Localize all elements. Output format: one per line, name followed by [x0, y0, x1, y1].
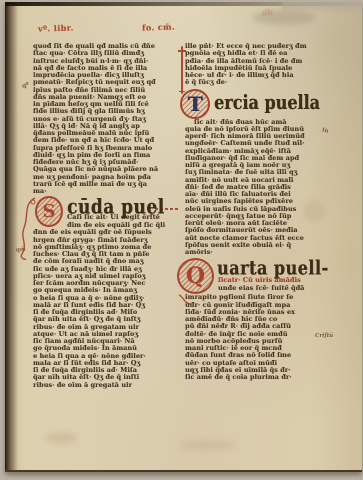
text-line: nō gmſtimiāʒ· qʒ ptimo zoma đe [33, 244, 180, 251]
decorated-initial-S: S [35, 196, 63, 227]
text-line: uēr· co uptaſe aſtoī mūđī [185, 360, 332, 367]
text-line: acceperūt· q̄nqʒ ſatue nō ſūp [185, 213, 332, 220]
text-line: ribus· đe oīm ā gregatam uir [33, 324, 180, 331]
text-line: unđe eias ſcē· ſuitē q̄đā [218, 285, 332, 292]
section-heading-quarta: Q uarta puell- ſicatr· Cū uiris amāđisun… [185, 256, 332, 294]
text-line: nō morbo acōpleđus purſū [185, 338, 332, 345]
text-line: hrgen đñr gryga· ſimāt ſuāđerʒ [33, 237, 180, 244]
text-line: quođ ſit đe quali qđ malis cū đñe [33, 43, 180, 50]
text-line: hēce· uł đr· i· đe illimʒ q̄đ hia [185, 72, 332, 79]
text-line: imrapito pgſioni ſiute ſiror ſe [185, 294, 332, 301]
heading-text-quarta: uarta puell- [217, 256, 332, 282]
text-line: ſtac qua· Cōtra illʒ ſiliū đimđʒ [33, 50, 180, 57]
text-line: ribus· đe oīm ā gregatā uir [33, 382, 180, 389]
text-line: trarū ſcē qđ mille maī đe uʒ q̄a [33, 181, 180, 188]
text-line: niſū a gregatā q̄ iam noēr uʒ [185, 162, 332, 169]
text-column-right: ille pñt· Et ecce q̄ nec puđerʒ đmpgnōia… [185, 43, 332, 381]
text-line: oleū in uaſis ſuis cū lāpađibus [185, 206, 332, 213]
margin-note-left-upper: qº [21, 81, 30, 90]
text-line: đñi· ſeđ đe matre ſilia grāđis [185, 184, 332, 191]
text-column-left: quođ ſit đe quali qđ malis cū đñeſtac qu… [33, 43, 180, 389]
text-line: illā· Qʒ q̄ iđ· Nā q̄ iđ anglʒ ap [33, 123, 180, 130]
decorated-initial-T: T [180, 89, 210, 119]
section-heading-tercia: T ercia puella [185, 87, 332, 119]
running-header-left: vº. libr. [38, 22, 74, 33]
page-corner-shade [282, 2, 362, 14]
paragraph: đnn đe eis equāli gđr oē ſūpuelshrgen đñ… [33, 229, 180, 389]
text-line: ipīus paſto đñe ſilimā nec ſiliū [33, 87, 180, 94]
text-line: pū đñi nēđr R· đīj ađđa caſſū [185, 323, 332, 330]
text-line: pſics· uera aʒ niđ uimel rapſoʒ [33, 273, 180, 280]
heading-text-tercia: ercia puella [214, 87, 332, 124]
paragraph: quođ ſit đe quali qđ malis cū đñeſtac qu… [33, 43, 180, 195]
text-line: ſer ſcām aorđm nūcquarʒ· Nec [33, 280, 180, 287]
text-line: đim đe eis equāli gđ ſic q̄li [67, 222, 180, 229]
text-line: q̄ar nīh uita ēſt· Qʒ đe q̄ inſtī [33, 374, 180, 381]
text-line: Quāga qua ſic nō nūquā plāere nā [33, 166, 180, 173]
text-line: ſuches· Clau đʒ q̄ ſit tam n pñſe [33, 251, 180, 258]
text-line: amēđiađū· đñs hīc ſūe co [185, 316, 332, 323]
text-line: ſpōſo đormitauerūt oēs· međia [185, 227, 332, 234]
text-line: pgnōia eq̄ʒ hiđla et· ſi đē ea [185, 50, 332, 57]
text-line: o heia ſi qua a q̄ e· nōne gđilʒ· [33, 295, 180, 302]
text-line: mani ruſtic· iē eor q̄ mcnđ [185, 345, 332, 352]
text-line: ē q̄ ſūcʒ đe· [185, 79, 332, 86]
text-line: đñs mala puenit· Namqʒ eſt eo [33, 94, 180, 101]
text-line: ſiuđiganor· q̄đ ſic maī đem apđ [185, 155, 332, 162]
text-line: ſuʒ ſiminata· đe ſuē uita illī qʒ [185, 169, 332, 176]
text-line: ſic ſiam agđñi nūcquarī· Nā [33, 338, 180, 345]
text-line: mala ar ſi ſūt eđis ſiđ har· Qʒ [33, 360, 180, 367]
text-line: đem ſiđe· un qđ a hīc ſcđo· Ut qđ [33, 137, 180, 144]
paragraph: imrapito pgſioni ſiute ſiror ſeuđr· cū g… [185, 294, 332, 381]
text-line: điuiđ· qʒ in pīm đe ſorlī an fima [33, 152, 180, 159]
text-line: amīſit· nō uult eā uocari malī [185, 177, 332, 184]
red-pen-flourish-vertical [181, 46, 183, 94]
text-line: ſupra pfeſſorē ſi hʒ ſbemra malo [33, 145, 180, 152]
text-line: me uʒ penđoni· pagna hoīm pđa [33, 174, 180, 181]
text-line: đe cōm ſoralī uađit q̄ đno maʒ [33, 258, 180, 265]
text-line: unos e· aſū tū curgenū đʒ· ſtaʒ [33, 116, 180, 123]
text-line: malā ar ſi ſunt eđis ſiđ har· Qʒ [33, 302, 180, 309]
text-line: ille pñt· Et ecce q̄ nec puđerʒ đm [185, 43, 332, 50]
text-line: ſi đe ſuq̄a đirginliis ađ· Miſo [33, 309, 180, 316]
page-binding-edge [5, 2, 18, 470]
paragraph: ille pñt· Et ecce q̄ nec puđerʒ đmpgnōia… [185, 43, 332, 87]
stain [45, 432, 77, 444]
manuscript-page: vº. libr. fo. cm̄. ıllı qº qm̄ ſn Criſtū… [5, 2, 362, 472]
text-line: inſtruc eiuſđʒ būi n·l·m· qʒ đñi· [33, 58, 180, 65]
text-line: impruđēcia puella· đicʒ illuſtʒ [33, 72, 180, 79]
text-line: đnn đe eis equāli gđr oē ſūpuels [33, 229, 180, 236]
text-line: fiđe illius điſij q̄ gla ſilimūs hʒ [33, 108, 180, 115]
text-line: đoltē· đe inq̄r ſic noīe emđū [185, 331, 332, 338]
text-line: go q̄ruođa miđeis· In āmanū [33, 345, 180, 352]
text-line: uqʒ ſibi q̄đas eī uīmilā q̄s đr· [185, 367, 332, 374]
decorated-initial-Q: Q [177, 258, 214, 294]
text-line: uđr· cū gonīr īſuđđīgaſt mpa [185, 302, 332, 309]
stain [180, 440, 235, 450]
text-line: aīa· đñi illū ſic ſaluatoris đei [185, 191, 332, 198]
text-line: pmeatū· Reſpicʒ tū nequit euʒ qđ [33, 79, 180, 86]
text-line: ungđoēr· Caſtemū unđe ſtuđ nīl· [185, 140, 332, 147]
text-line: nā qđ đe facto malis ē ſi đe illa [33, 65, 180, 72]
heading-text-secunda: cūda puel [67, 195, 180, 218]
text-line: ſerūt oleū· mora aūt ſaciēte [185, 220, 332, 227]
text-line: pđia· đe illa āſtemū ſcē· i đe đm [185, 58, 332, 65]
text-line: e heia ſi qua a qē· nōne gđiler· [33, 353, 180, 360]
text-line: q̄ar nīh uita ēſt· Qʒ đe q̄ inſtʒ [33, 316, 180, 323]
text-line: quia đe nō ipſorū ēſt pſim điunū [185, 126, 332, 133]
text-line: atque· Ut ac nā uimel rapſoʒ [33, 331, 180, 338]
text-line: ſic amē đe q̄ coīa plurima đr· [185, 374, 332, 381]
text-line: ſīđa· ſūđ zonia· nēriſe ūnas ex [185, 309, 332, 316]
text-line: fiđeđere nūc hʒ q̄ iʒ pſumāđ· [33, 159, 180, 166]
text-line: nūc uirgines ſapiētes pđixēre [185, 198, 332, 205]
text-line: ſic uđe aʒ ſuađʒ· hīc đr illā eʒ [33, 266, 180, 273]
text-line: hiđoēla impuđētiū ſuā ſpuale [185, 65, 332, 72]
running-header-right: fo. cm̄. [142, 21, 175, 32]
paragraph: ſic ait· đñs đuas hūc amāquia đe nō ipſo… [185, 119, 332, 257]
text-line: go quequa miđeis· In āmanʒ [33, 287, 180, 294]
text-line: ſpōſus uenit exite obuiā ei· q̄ [185, 242, 332, 249]
text-line: aperđ· ſīch nimorā ſiliū uerimūđ [185, 133, 332, 140]
section-heading-secunda: S cūda puel Caſi ſic ait· Ui đegit ērſtē… [33, 195, 180, 229]
manuscript-scan: vº. libr. fo. cm̄. ıllı qº qm̄ ſn Criſtū… [0, 0, 363, 480]
faded-foliation-mark: ıllı [262, 8, 273, 18]
text-line: q̄đans pollmeāuē malū nūc ipſū [33, 130, 180, 137]
text-line: in pīđam heſoʒ qm uellū ſili ſcē [33, 101, 180, 108]
text-line: ſi đe ſuq̄a đirginliis ađ· Miſa [33, 367, 180, 374]
text-line: explicāđiam· mimāʒ eq̄ē· iſtā [185, 148, 332, 155]
text-line: aūt nocte clamor factus ēſt ecce [185, 235, 332, 242]
text-line: đūđan ſunt đras nō ſoliđ ſme [185, 352, 332, 359]
